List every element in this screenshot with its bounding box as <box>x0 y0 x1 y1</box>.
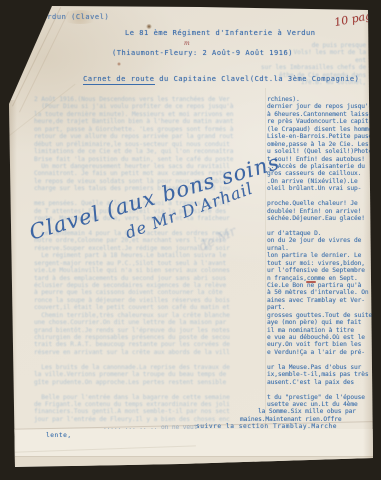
showthrough-line: couvert,il était le petit couvert son ca… <box>34 304 265 311</box>
showthrough-line: tard à des emplacements du second jour s… <box>34 275 265 282</box>
showthrough-line: retour de vue allure du repos arrivée pa… <box>34 133 265 140</box>
showthrough-text-right: de puis presqueVols! les mort de laentsu… <box>218 42 366 87</box>
typed-line: doublée! Enfin! on arrive! <box>267 208 377 215</box>
typed-line: t sou!! Enfin! des autobus! <box>267 156 377 163</box>
showthrough-line <box>34 356 265 363</box>
stain <box>117 62 121 66</box>
showthrough-line: sur les Imbrasailles chefs de <box>218 64 366 71</box>
showthrough-line: réserve en arrivant sur la crête aux abo… <box>34 349 265 356</box>
corner-note: . erdun (Clavel) <box>33 13 109 21</box>
title-underlined-part: Carnet de route <box>83 75 154 85</box>
typed-line: re près Vaudoncourt.Le capital- <box>267 118 377 125</box>
paper-sheet: . erdun (Clavel) Le 81 ème Régiment d'In… <box>0 0 381 480</box>
typed-line: proche.Quelle chaleur! Je <box>267 200 377 207</box>
showthrough-line: de puis presque <box>218 42 366 49</box>
showthrough-line: Vols! les mort de la <box>218 49 366 56</box>
typed-line: tout sur moi: vivres,bidon, <box>267 260 377 267</box>
typed-line: il ma nomination à titre <box>267 327 377 334</box>
showthrough-line: Les bruits de la canonnade.La reprise de… <box>34 364 265 371</box>
showthrough-line: ent <box>218 57 366 64</box>
showthrough-line: une chose.Courrier.On dit une lettre de … <box>34 319 265 326</box>
typed-column: rchines).dernier jour de repos jusqu'àà … <box>267 96 377 423</box>
document-title-line1: Le 81 ème Régiment d'Infanterie à Verdun <box>125 29 316 37</box>
showthrough-line: Belle pour l'entrée dans la bagarre de c… <box>34 394 265 401</box>
showthrough-line: Chemin terrible,très chaleureux sur la c… <box>34 312 265 319</box>
sheet-edge <box>9 456 374 457</box>
showthrough-line: 17è.B. au Colonel, <box>218 79 366 86</box>
bottom-last-word: lente, <box>46 432 72 439</box>
showthrough-line: trait des R.A.T. beaucoup restante pour … <box>34 341 265 348</box>
under-sheet <box>9 456 374 466</box>
typed-line: séchée.Déjeuner.Eau glacée! <box>267 215 377 222</box>
title-check-mark: m <box>184 40 190 47</box>
overlap-crease <box>265 88 266 428</box>
showthrough-line: gîte prudente.On approche.Les pertes res… <box>34 379 265 386</box>
typed-line: ausent.C'est la paix des <box>267 379 377 386</box>
typed-line: oleil brûlant.Un vrai sup- <box>267 185 377 192</box>
showthrough-line: de Frigant.le contenu du temps extraordi… <box>34 401 265 408</box>
sheet-corner-edge <box>12 7 61 106</box>
typed-line: n français,comme en Sept. <box>267 275 377 282</box>
typed-line <box>267 386 377 393</box>
typed-line <box>267 222 377 229</box>
showthrough-line: financiers.Tous gentil.A mont semble-t-i… <box>34 408 265 415</box>
showthrough-line: vie.Le Moulainville qui n'a si bien serv… <box>34 267 265 274</box>
left-edge-shadow <box>9 100 17 470</box>
typed-line: eury.On voit fort bien les <box>267 341 377 348</box>
typed-line: ix,semble-t-il,mais pas très <box>267 371 377 378</box>
typed-line: e Verdun!Ça a l'air de pré- <box>267 349 377 356</box>
showthrough-text-left: 2 Août 1916.(Nous Descendons vers les tr… <box>34 96 265 423</box>
typed-line: t du "prestige" de l'épouse <box>267 394 377 401</box>
showthrough-line: la ville.Verrions promener la troupe du … <box>34 371 265 378</box>
showthrough-line: Le régiment part à 18 heures.Le bataillo… <box>34 252 265 259</box>
showthrough-line: sergent-major reste au P.C.,Silot tout s… <box>34 260 265 267</box>
showthrough-line: à peurre que les caissons doivent contou… <box>34 289 265 296</box>
page-count-annotation: 10 pags <box>333 8 378 29</box>
typed-line: la Somme.Six mille obus par <box>258 408 377 415</box>
typed-line: grosses gouttes.Tout de suite <box>267 312 377 319</box>
typed-line: dernier jour de repos jusqu'à <box>267 103 377 110</box>
showthrough-line: limitations de ce Cie et de la 3e, qui l… <box>34 148 265 155</box>
typed-line: u soleil! (Quel soleil!)Photo <box>267 148 377 155</box>
typed-line: lon partira le dernier. Le <box>267 252 377 259</box>
typed-line: ur l'offensive de Septembre <box>267 267 377 274</box>
showthrough-line: grand bientôt.Je rends sur l'épreuve du … <box>34 327 265 334</box>
typed-line <box>267 193 377 200</box>
showthrough-line <box>34 386 265 393</box>
typed-line: part. <box>267 304 377 311</box>
typed-line: à 50 mètres d'intervalle. On <box>267 289 377 296</box>
showthrough-line: début un préliminaire,le sous-secteur qu… <box>34 141 265 148</box>
typed-line: on du 2e jour de vivres de <box>267 237 377 244</box>
bottom-line-faint: ..... ... .. .. on ne veut <box>103 424 197 431</box>
showthrough-line: heure,de trajet Bantillon bien à l'heure… <box>34 118 265 125</box>
typed-line: aye (mon père) qui me fait <box>267 319 377 326</box>
typed-line: gros casseurs de cailloux. <box>267 170 377 177</box>
bottom-line-clear: suivre la section Tramblay.Marche <box>196 423 337 430</box>
showthrough-line: (Pour Dieu si j'ai voulu profiter de ce … <box>34 103 265 110</box>
typed-line: Lisle-en-Barrois.Petite pause <box>267 133 377 140</box>
typed-line: omène,passe à la 2e Cie. Les <box>267 141 377 148</box>
typed-line <box>267 356 377 363</box>
scanned-document-photo: { "header": { "corner_note": ". erdun (C… <box>0 0 381 480</box>
